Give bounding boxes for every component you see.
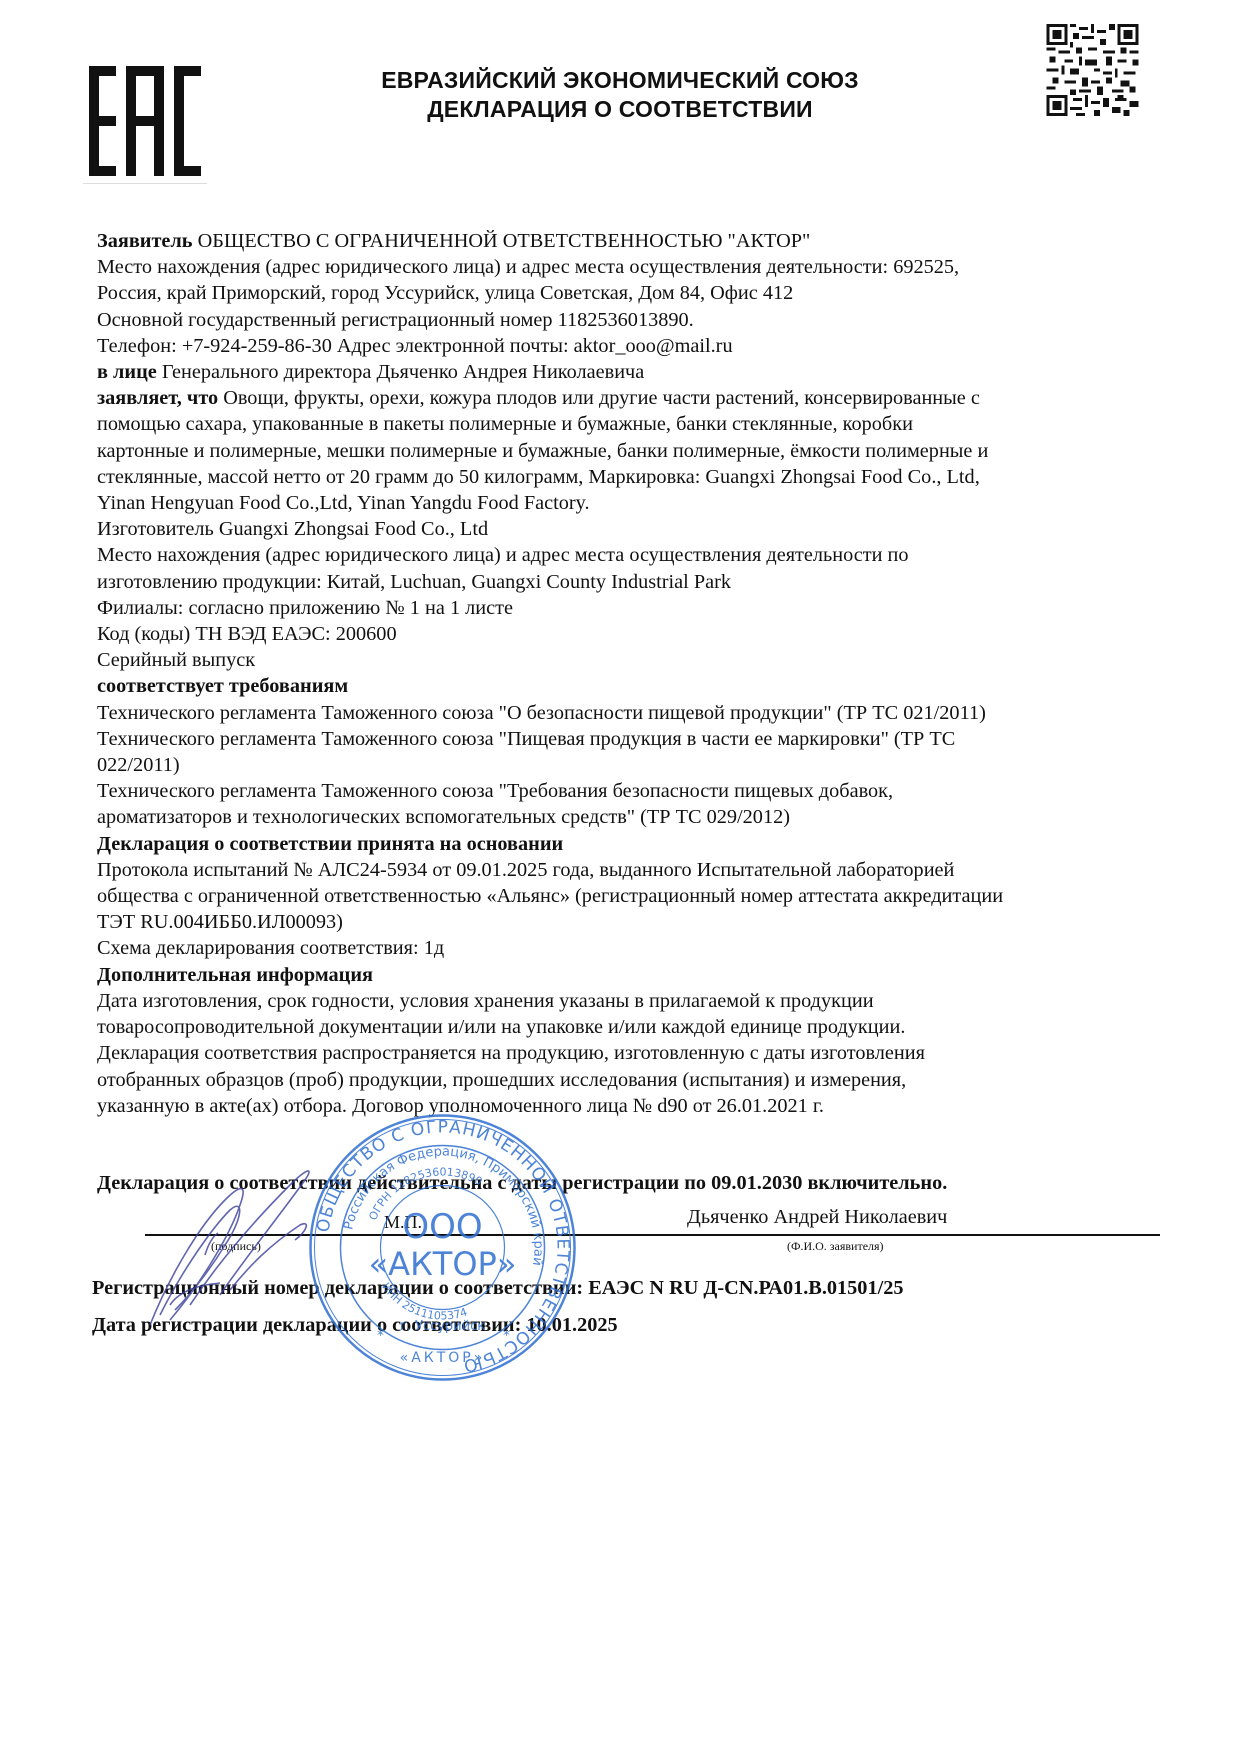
basis-line-3: ТЭТ RU.004ИББ0.ИЛ00093) [97,909,1167,935]
additional-line-2: товаросопроводительной документации и/ил… [97,1014,1167,1040]
applicant-name: ОБЩЕСТВО С ОГРАНИЧЕННОЙ ОТВЕТСТВЕННОСТЬЮ… [193,230,811,252]
eac-logo-icon [89,66,201,176]
title-union: ЕВРАЗИЙСКИЙ ЭКОНОМИЧЕСКИЙ СОЮЗ [200,66,1040,95]
additional-line-1: Дата изготовления, срок годности, услови… [97,988,1167,1014]
represented-label: в лице [97,361,157,383]
product-line-4: стеклянные, массой нетто от 20 грамм до … [97,464,1167,490]
company-stamp-icon: ОБЩЕСТВО С ОГРАНИЧЕННОЙ ОТВЕТСТВЕННОСТЬЮ… [305,1110,580,1385]
product-line-3: картонные и полимерные, мешки полимерные… [97,438,1167,464]
requirement-line-3: 022/2011) [97,752,1167,778]
applicant-line: Заявитель ОБЩЕСТВО С ОГРАНИЧЕННОЙ ОТВЕТС… [97,228,1167,254]
product-line-5: Yinan Hengyuan Food Co.,Ltd, Yinan Yangd… [97,490,1167,516]
applicant-contacts: Телефон: +7-924-259-86-30 Адрес электрон… [97,333,1167,359]
svg-text:ООО: ООО [402,1207,482,1247]
additional-line-3: Декларация соответствия распространяется… [97,1040,1167,1066]
manufacturer: Изготовитель Guangxi Zhongsai Food Co., … [97,516,1167,542]
tn-ved-code: Код (коды) ТН ВЭД ЕАЭС: 200600 [97,621,1167,647]
declaration-body: Заявитель ОБЩЕСТВО С ОГРАНИЧЕННОЙ ОТВЕТС… [97,228,1167,1119]
applicant-label: Заявитель [97,230,193,252]
branches: Филиалы: согласно приложению № 1 на 1 ли… [97,595,1167,621]
svg-text:«АКТОР»: «АКТОР» [369,1245,517,1283]
fio-caption: (Ф.И.О. заявителя) [787,1239,884,1254]
requirements-heading: соответствует требованиям [97,673,1167,699]
applicant-address-1: Место нахождения (адрес юридического лиц… [97,254,1167,280]
additional-line-4: отобранных образцов (проб) продукции, пр… [97,1067,1167,1093]
declares-label: заявляет, что [97,387,218,409]
applicant-address-2: Россия, край Приморский, город Уссурийск… [97,280,1167,306]
document-title: ЕВРАЗИЙСКИЙ ЭКОНОМИЧЕСКИЙ СОЮЗ ДЕКЛАРАЦИ… [200,66,1040,124]
basis-heading: Декларация о соответствии принята на осн… [97,831,1167,857]
manufacturer-address-1: Место нахождения (адрес юридического лиц… [97,542,1167,568]
manufacturer-address-2: изготовлению продукции: Китай, Luchuan, … [97,569,1167,595]
basis-line-2: общества с ограниченной ответственностью… [97,883,1167,909]
production-type: Серийный выпуск [97,647,1167,673]
svg-text:*: * [503,1328,510,1344]
requirement-line-5: ароматизаторов и технологических вспомог… [97,804,1167,830]
svg-text:г. Уссурийск: г. Уссурийск [400,1319,485,1334]
product-line-2: помощью сахара, упакованные в пакеты пол… [97,411,1167,437]
requirement-line-4: Технического регламента Таможенного союз… [97,778,1167,804]
svg-text:ИНН 2511105374: ИНН 2511105374 [379,1280,469,1322]
svg-text:«АКТОР»: «АКТОР» [400,1350,486,1366]
qr-code-icon[interactable] [1046,24,1139,116]
requirement-line-2: Технического регламента Таможенного союз… [97,726,1167,752]
requirement-line-1: Технического регламента Таможенного союз… [97,700,1167,726]
basis-line-1: Протокола испытаний № АЛС24-5934 от 09.0… [97,857,1167,883]
additional-heading: Дополнительная информация [97,962,1167,988]
applicant-signatory-name: Дьяченко Андрей Николаевич [687,1206,947,1229]
represented-by: Генерального директора Дьяченко Андрея Н… [157,361,644,383]
svg-text:*: * [377,1328,384,1344]
product-line-1: заявляет, что Овощи, фрукты, орехи, кожу… [97,385,1167,411]
title-declaration: ДЕКЛАРАЦИЯ О СООТВЕТСТВИИ [200,95,1040,124]
declaration-scheme: Схема декларирования соответствия: 1д [97,935,1167,961]
applicant-ogrn: Основной государственный регистрационный… [97,307,1167,333]
represented-line: в лице Генерального директора Дьяченко А… [97,359,1167,385]
declaration-page: ЕВРАЗИЙСКИЙ ЭКОНОМИЧЕСКИЙ СОЮЗ ДЕКЛАРАЦИ… [0,0,1241,1754]
